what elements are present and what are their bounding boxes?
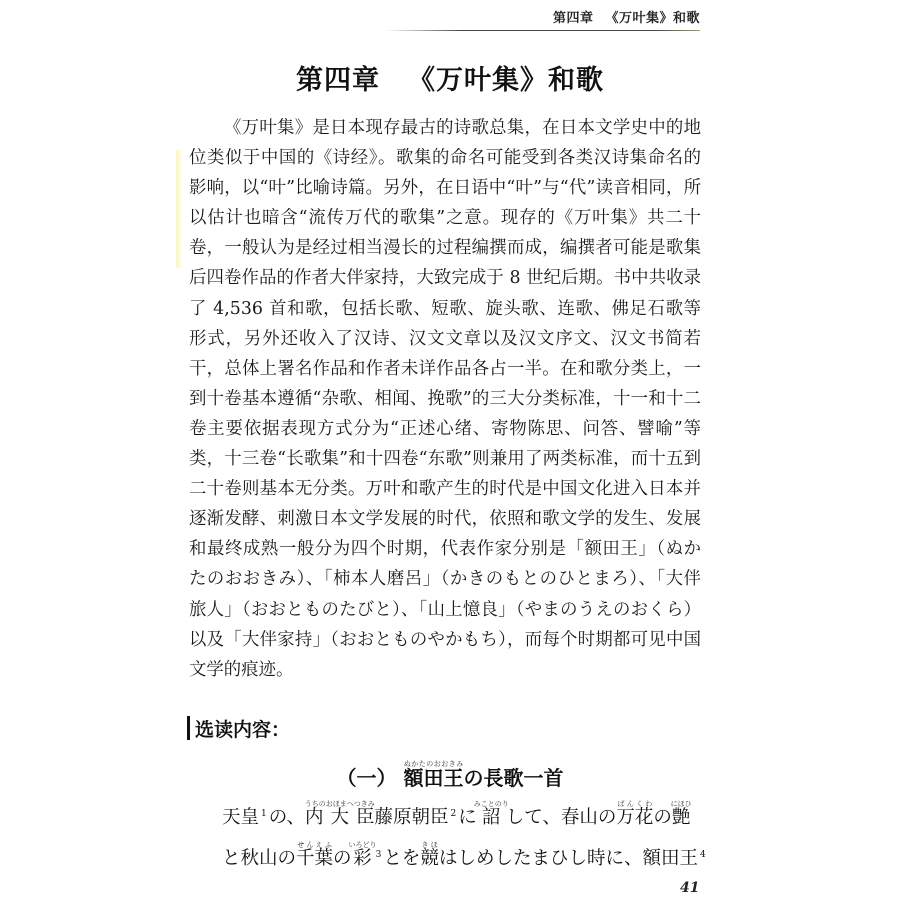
poem-title: （一） 額田王ぬかたのおおきみの長歌一首 — [0, 760, 900, 791]
chapter-number: 第四章 — [296, 65, 380, 96]
poem-text: とを — [383, 848, 420, 869]
chapter-title: 第四章《万叶集》和歌 — [0, 58, 900, 97]
poem-text: はしめしたまひし時に、額田王 — [439, 848, 698, 869]
poem-text: 藤原朝臣 — [374, 807, 448, 828]
ruby-word: 万花ばんくわ — [616, 807, 653, 828]
footnote-marker: 3 — [376, 850, 382, 860]
poem-line-2: と秋山の千葉せんえふの彩いろどり3とを競きほはしめしたまひし時に、額田王4 — [222, 841, 702, 870]
running-head-chapter: 第四章 — [553, 11, 594, 26]
poem-text: の、 — [269, 807, 305, 828]
poem-number: （一） — [337, 766, 397, 790]
running-head: 第四章《万叶集》和歌 — [530, 7, 700, 26]
footnote-marker: 1 — [261, 809, 267, 819]
ruby-word: 競きほ — [420, 848, 439, 869]
poem-text: と秋山の — [222, 848, 296, 869]
ruby-word: 詔みことのり — [477, 807, 506, 828]
body-text: 《万叶集》是日本现存最古的诗歌总集，在日本文学史中的地位类似于中国的《诗经》。歌… — [189, 113, 701, 685]
poem-title-rest: の長歌一首 — [463, 766, 563, 790]
poem-text: 天皇 — [222, 807, 259, 828]
poem-line-1: 天皇1の、内 大 臣うちのおほまへつきみ藤原朝臣2に詔みことのりして、春山の万花… — [222, 800, 702, 829]
section-label-text: 选读内容： — [195, 719, 290, 741]
footnote-marker: 2 — [450, 809, 456, 819]
poem-text: して、春山の — [506, 807, 617, 828]
page-number: 41 — [680, 880, 699, 896]
highlight-mark — [176, 150, 181, 268]
poem-text: の — [653, 807, 672, 828]
body-paragraph: 《万叶集》是日本现存最古的诗歌总集，在日本文学史中的地位类似于中国的《诗经》。歌… — [189, 113, 701, 685]
section-bar — [187, 716, 190, 740]
ruby-word: 彩いろどり — [352, 848, 374, 869]
section-label: 选读内容： — [187, 715, 290, 742]
ruby-word: 千葉せんえふ — [296, 848, 333, 869]
poem-author: 額田王ぬかたのおおきみ — [403, 766, 463, 790]
footnote-marker: 4 — [700, 850, 706, 860]
running-head-title: 《万叶集》和歌 — [605, 11, 700, 26]
ruby-word: 艶にほひ — [672, 807, 692, 828]
header-rule — [385, 30, 700, 31]
chapter-name: 《万叶集》和歌 — [408, 65, 604, 96]
ruby-word: 内 大 臣うちのおほまへつきみ — [305, 807, 374, 828]
